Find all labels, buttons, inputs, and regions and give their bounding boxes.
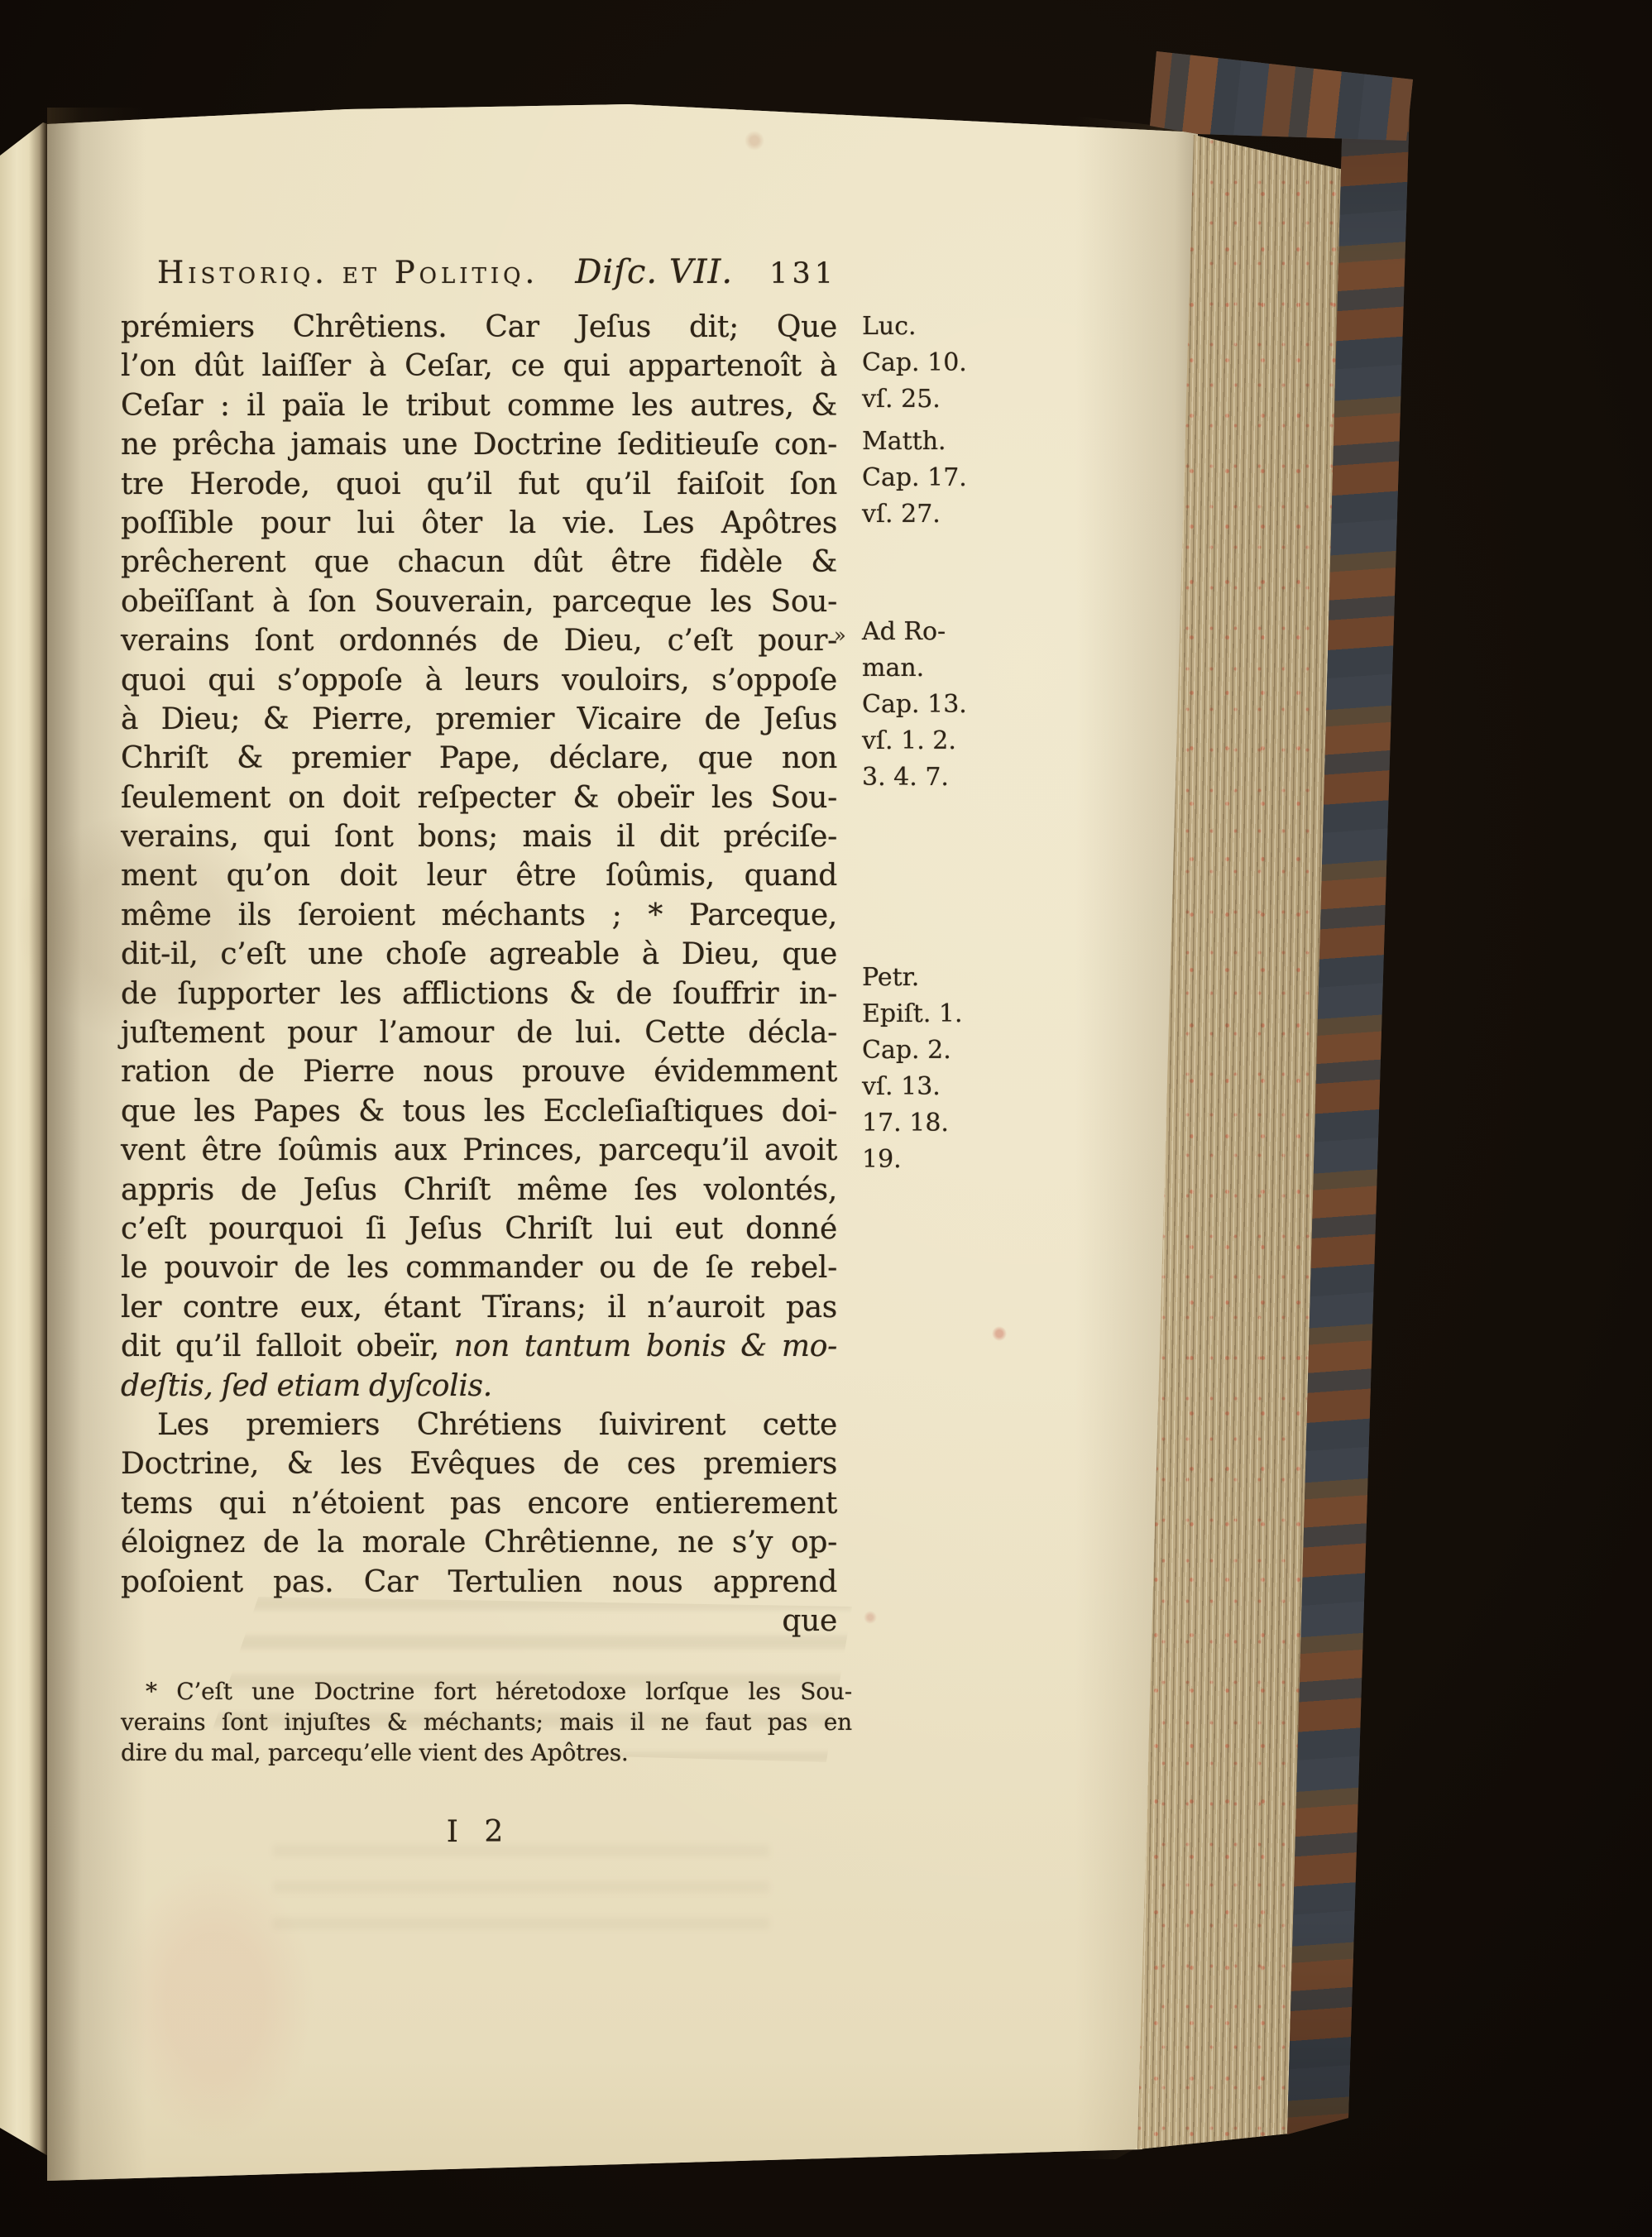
margin-note-line: vſ. 27. [862,496,1052,533]
text-line: verains, qui ſont bons; mais il dit préc… [121,817,837,856]
text-line: tre Herode, quoi qu’il fut qu’il faiſoit… [121,465,837,504]
text-line: tems qui n’étoient pas encore entieremen… [121,1484,837,1523]
text-line: ler contre eux, étant Tïrans; il n’auroi… [121,1288,837,1327]
text-line: à Dieu; & Pierre, premier Vicaire de Jeſ… [121,700,837,739]
margin-note-line: vſ. 1. 2. [862,723,1052,759]
text-line: vent être ſoûmis aux Princes, parcequ’il… [121,1131,837,1170]
text-line: obeïſſant à ſon Souverain, parceque les … [121,582,837,621]
text-line: le pouvoir de les commander ou de ſe reb… [121,1248,837,1287]
text-line: Ceſar : il païa le tribut comme les autr… [121,386,837,425]
text-line: prémiers Chrêtiens. Car Jeſus dit; Que [121,308,837,347]
text-line: c’eſt pourquoi ſi Jeſus Chriſt lui eut d… [121,1210,837,1248]
text-line: dit-il, c’eſt une choſe agreable à Dieu,… [121,935,837,974]
margin-note: Matth.Cap. 17.vſ. 27. [862,424,1052,533]
margin-note-line: 3. 4. 7. [862,759,1052,796]
margin-note-line: Petr. [862,960,1052,996]
text-line: que les Papes & tous les Eccleſiaſtiques… [121,1092,837,1131]
text-line: deſtis, ſed etiam dyſcolis. [121,1367,837,1406]
text-line: verains ſont ordonnés de Dieu, c’eſt pou… [121,621,837,660]
margin-note-line: Ad Ro- [862,614,1052,650]
text-line: éloignez de la morale Chrêtienne, ne s’y… [121,1523,837,1562]
text-line: prêcherent que chacun dût être fidèle & [121,543,837,582]
verso-show-through [273,1845,769,1944]
margin-note-line: Matth. [862,424,1052,460]
text-line: Chriſt & premier Pape, déclare, que non [121,739,837,778]
text-line: ration de Pierre nous prouve évidemment [121,1052,837,1091]
text-line: que [121,1602,837,1641]
text-line: l’on dût laiſſer à Ceſar, ce qui apparte… [121,347,837,386]
margin-note-line: Cap. 17. [862,460,1052,496]
text-line: dit qu’il falloit obeïr, non tantum boni… [121,1327,837,1366]
margin-note-line: man. [862,650,1052,687]
text-line: ment qu’on doit leur être ſoûmis, quand [121,856,837,895]
margin-pointer-icon: » [834,617,846,654]
text-line: même ils ſeroient méchants ; * Parceque, [121,896,837,935]
margin-note: Luc.Cap. 10.vſ. 25. [862,309,1052,418]
margin-note-line: Luc. [862,309,1052,345]
text-line: de ſupporter les afflictions & de ſouffr… [121,975,837,1013]
footnote: * C’eſt une Doctrine fort héretodoxe lor… [121,1676,852,1768]
text-line: * C’eſt une Doctrine fort héretodoxe lor… [121,1676,852,1707]
running-header: Historiq. et Politiq. Diſc. VII. 131 [157,253,837,299]
margin-note-line: 19. [862,1142,1052,1178]
margin-note-line: Epiſt. 1. [862,996,1052,1032]
text-line: verains ſont injuſtes & méchants; mais i… [121,1707,852,1737]
text-line: Doctrine, & les Evêques de ces premiers [121,1444,837,1483]
margin-note-line: 17. 18. [862,1105,1052,1142]
signature-mark: I 2 [121,1815,837,1849]
text-line: poſoient pas. Car Tertulien nous apprend [121,1563,837,1602]
text-line: juſtement pour l’amour de lui. Cette déc… [121,1013,837,1052]
margin-note-line: Cap. 13. [862,687,1052,723]
text-line: Les premiers Chrétiens ſuivirent cette [121,1406,837,1444]
margin-note: »Ad Ro-man.Cap. 13.vſ. 1. 2.3. 4. 7. [862,614,1052,796]
body-text: prémiers Chrêtiens. Car Jeſus dit; Quel’… [121,308,837,1641]
margin-note-line: Cap. 10. [862,345,1052,381]
page-number: 131 [769,257,837,290]
margin-note-line: vſ. 25. [862,381,1052,418]
margin-note-line: Cap. 2. [862,1032,1052,1069]
text-line: quoi qui s’oppoſe à leurs vouloirs, s’op… [121,661,837,700]
running-title: Historiq. et Politiq. [157,255,539,290]
margin-note-line: vſ. 13. [862,1069,1052,1105]
margin-note: Petr.Epiſt. 1.Cap. 2.vſ. 13.17. 18.19. [862,960,1052,1178]
text-line: ſeulement on doit reſpecter & obeïr les … [121,778,837,817]
text-line: poſſible pour lui ôter la vie. Les Apôtr… [121,504,837,543]
book-scan-photo: Historiq. et Politiq. Diſc. VII. 131 pré… [0,0,1652,2237]
discourse-label: Diſc. VII. [575,253,733,291]
facing-page-edge [0,116,48,2166]
text-line: ne prêcha jamais une Doctrine ſeditieuſe… [121,425,837,464]
text-line: appris de Jeſus Chriſt même ſes volontés… [121,1171,837,1210]
text-line: dire du mal, parcequ’elle vient des Apôt… [121,1737,852,1768]
